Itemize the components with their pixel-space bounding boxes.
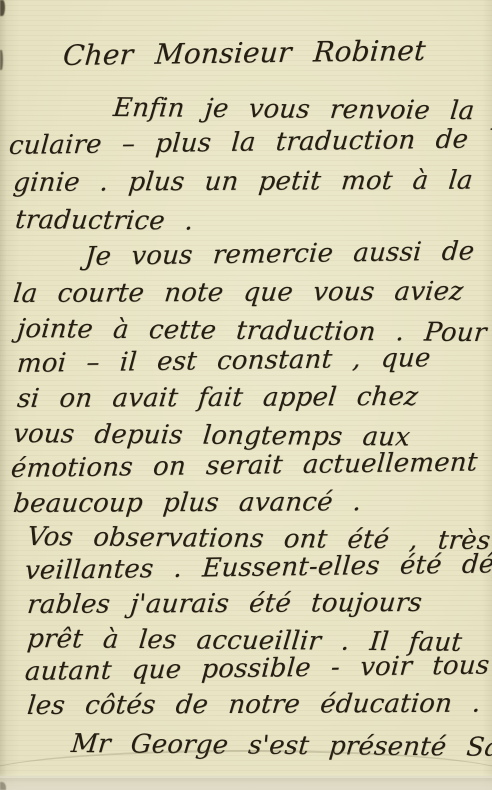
salutation-line: Cher Monsieur Robinet [62, 37, 427, 70]
letter-line: si on avait fait appel chez [16, 384, 419, 412]
letter-page: Cher Monsieur Robinet Enfin je vous renv… [0, 0, 492, 790]
scan-artifact-speck [0, 782, 6, 790]
letter-line: autant que possible - voir tous [24, 653, 490, 685]
letter-line: moi – il est constant , que [16, 345, 431, 377]
letter-line: les côtés de notre éducation . [26, 691, 482, 719]
letter-line: veillantes . Eussent-elles été défavo [24, 551, 492, 584]
letter-line: la courte note que vous aviez [12, 279, 465, 307]
letter-line: culaire – plus la traduction de Vir [8, 126, 492, 159]
letter-line: vous depuis longtemps aux [12, 421, 411, 450]
letter-line: traductrice . [14, 207, 195, 235]
letter-line: Je vous remercie aussi de [84, 239, 475, 270]
letter-line: ginie . plus un petit mot à la [12, 168, 474, 196]
scan-artifact-speck [0, 50, 3, 70]
letter-line: beaucoup plus avancé . [12, 489, 363, 517]
letter-line: rables j'aurais été toujours [26, 590, 423, 618]
letter-line: émotions on serait actuellement [10, 449, 478, 482]
scan-artifact-speck [0, 0, 5, 16]
paper-fold-below [0, 776, 492, 790]
letter-line: Enfin je vous renvoie la cir [112, 95, 492, 125]
letter-line: jointe à cette traduction . Pour [16, 316, 488, 346]
